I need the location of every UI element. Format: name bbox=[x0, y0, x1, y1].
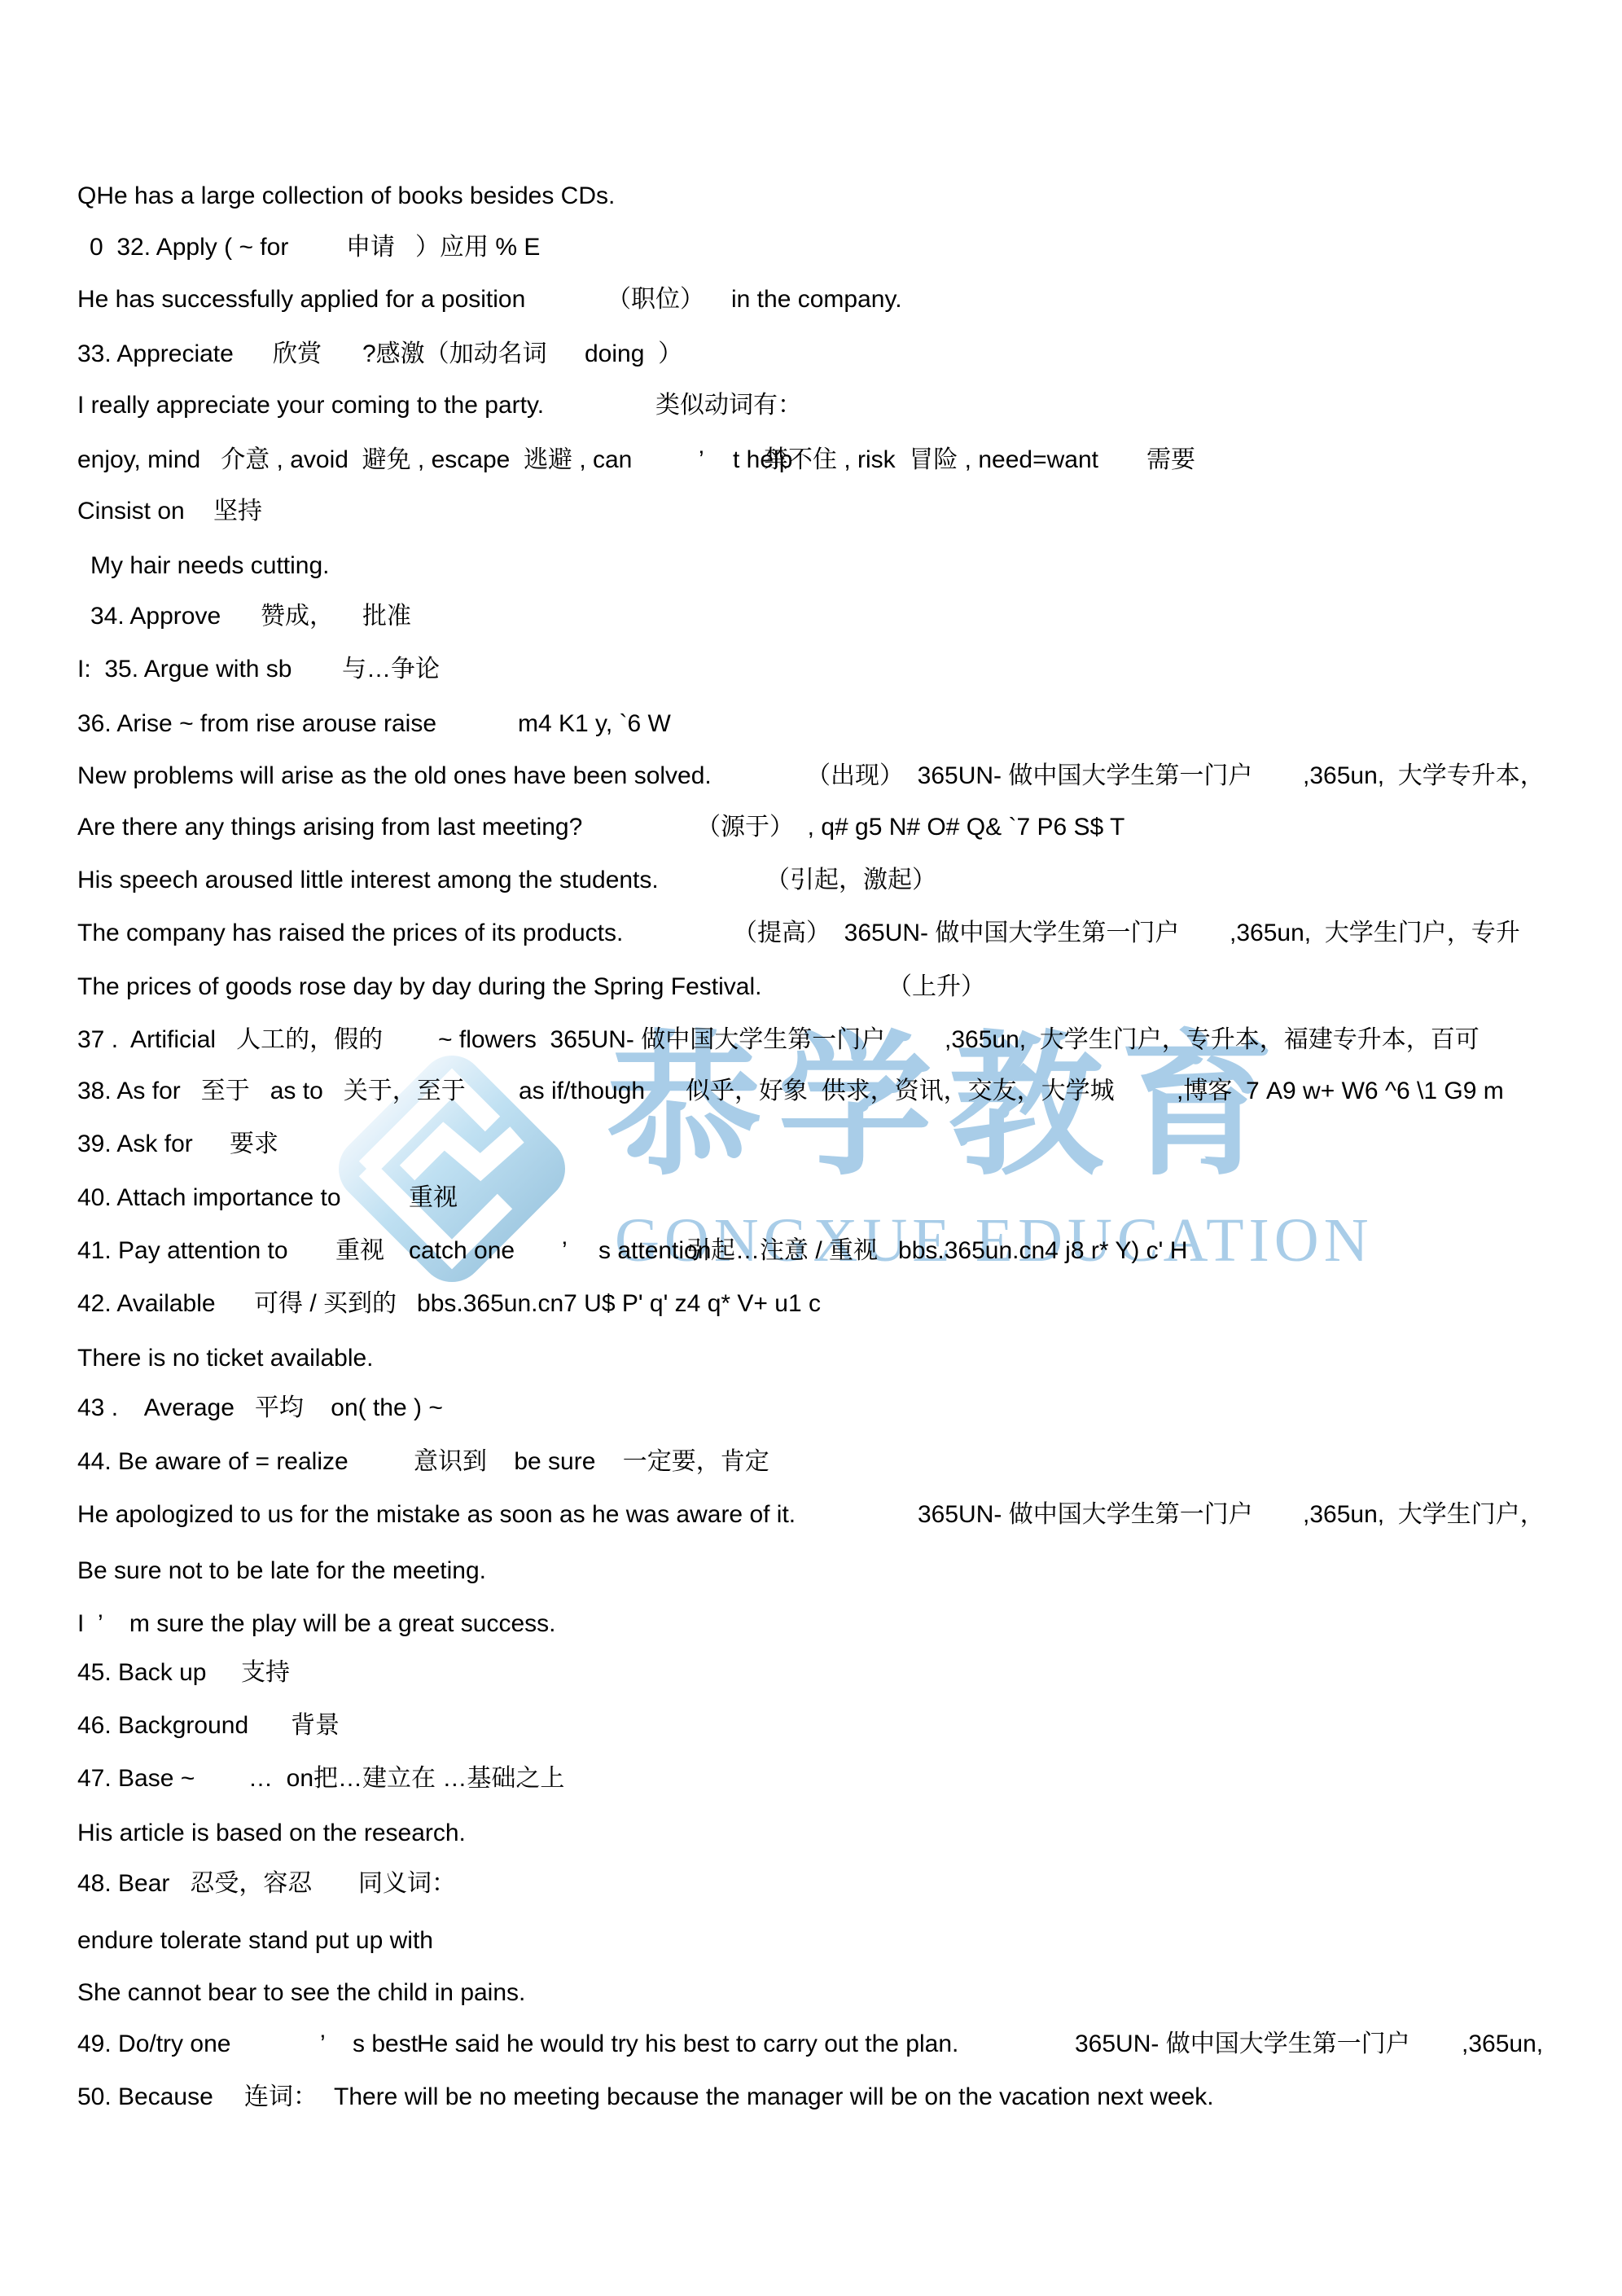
text-segment: 44. Be aware of = realize bbox=[77, 1448, 349, 1476]
text-segment: 365UN- 做中国大学生第一门户 bbox=[918, 1501, 1253, 1529]
text-segment: 365UN- 做中国大学生第一门户 bbox=[1075, 2030, 1410, 2058]
text-segment: （出现） 365UN- 做中国大学生第一门户 bbox=[806, 762, 1252, 790]
text-segment: Are there any things arising from last m… bbox=[77, 814, 582, 841]
text-segment: 禁不住 , risk 冒险 , need=want bbox=[764, 446, 1098, 474]
text-segment: 40. Attach importance to bbox=[77, 1184, 341, 1212]
text-segment: She cannot bear to see the child in pain… bbox=[77, 1979, 525, 2007]
text-segment: I ’ m sure the play will be a great succ… bbox=[77, 1610, 555, 1638]
text-segment: 坚持 bbox=[213, 498, 262, 525]
text-segment: … on把…建立在 …基础之上 bbox=[248, 1765, 564, 1793]
text-segment: （职位） bbox=[607, 286, 704, 314]
text-segment: Cinsist on bbox=[77, 498, 185, 525]
text-segment: 申请 bbox=[346, 234, 395, 261]
text-segment: 需要 bbox=[1146, 446, 1195, 474]
text-segment: He apologized to us for the mistake as s… bbox=[77, 1501, 796, 1529]
text-segment: His speech aroused little interest among… bbox=[77, 867, 659, 894]
text-segment: ,博客 7 A9 w+ W6 ^6 \1 G9 m bbox=[1177, 1078, 1504, 1105]
text-segment: 支持 bbox=[241, 1659, 290, 1687]
text-segment: I really appreciate your coming to the p… bbox=[77, 392, 544, 419]
text-segment: 34. Approve bbox=[90, 603, 221, 630]
text-segment: 37 . Artificial 人工的，假的 bbox=[77, 1026, 383, 1054]
text-segment: ’ bbox=[320, 2030, 326, 2058]
text-segment: ,365un, 大学专升本， bbox=[1303, 762, 1545, 790]
text-segment: 38. As for 至于 as to 关于，至于 bbox=[77, 1078, 466, 1105]
text-segment: The company has raised the prices of its… bbox=[77, 920, 623, 947]
text-segment: 类似动词有： bbox=[655, 392, 802, 419]
text-segment: （提高） 365UN- 做中国大学生第一门户 bbox=[733, 920, 1179, 947]
text-segment: doing ） bbox=[585, 340, 682, 368]
text-segment: s best bbox=[353, 2030, 418, 2058]
text-segment: 要求 bbox=[230, 1130, 278, 1158]
text-segment: ,365un, 大学生门户，专升 bbox=[1230, 920, 1520, 947]
text-segment: QHe has a large collection of books besi… bbox=[77, 182, 615, 210]
document-page: 恭学教育 GONGXUE EDUCATION QHe has a large c… bbox=[0, 0, 1622, 2296]
text-segment: ’ bbox=[699, 446, 704, 474]
text-segment: ?感激（加动名词 bbox=[362, 340, 547, 368]
text-segment: （源于） , q# g5 N# O# Q& `7 P6 S$ T bbox=[696, 814, 1124, 841]
text-segment: He said he would try his best to carry o… bbox=[417, 2030, 958, 2058]
text-segment: m4 K1 y, `6 W bbox=[518, 710, 671, 738]
text-segment: 批准 bbox=[362, 603, 411, 630]
text-segment: 43 . Average 平均 on( the ) ~ bbox=[77, 1394, 443, 1422]
text-segment: ）应用 % E bbox=[415, 234, 540, 261]
text-segment: 47. Base ~ bbox=[77, 1765, 195, 1793]
text-segment: He has successfully applied for a positi… bbox=[77, 286, 525, 314]
text-segment: ,365un, 大学生门户，专升本，福建专升本，百可 bbox=[945, 1026, 1480, 1054]
text-segment: 重视 bbox=[335, 1237, 384, 1265]
text-segment: endure tolerate stand put up with bbox=[77, 1927, 433, 1955]
text-segment: New problems will arise as the old ones … bbox=[77, 762, 712, 790]
text-segment: （上升） bbox=[888, 973, 985, 1001]
text-segment: 连词： bbox=[244, 2083, 318, 2111]
text-segment: 33. Appreciate bbox=[77, 340, 234, 368]
text-segment: The prices of goods rose day by day duri… bbox=[77, 973, 761, 1001]
text-segment: 0 32. Apply ( ~ for bbox=[90, 234, 288, 261]
text-segment: 42. Available bbox=[77, 1290, 216, 1318]
text-segment: 引起…注意 / 重视 bbs.365un.cn4 j8 r* Y) c' H bbox=[686, 1237, 1187, 1265]
text-segment: as if/though bbox=[519, 1078, 645, 1105]
text-segment: 可得 / 买到的 bbs.365un.cn7 U$ P' q' z4 q* V+… bbox=[254, 1290, 821, 1318]
text-segment: 意识到 be sure 一定要，肯定 bbox=[414, 1448, 769, 1476]
text-segment: 48. Bear 忍受，容忍 bbox=[77, 1870, 312, 1898]
text-segment: My hair needs cutting. bbox=[90, 552, 329, 580]
text-segment: 背景 bbox=[291, 1712, 340, 1740]
text-segment: ~ flowers 365UN- 做中国大学生第一门户 bbox=[438, 1026, 885, 1054]
text-segment: ,365un, bbox=[1462, 2030, 1543, 2058]
text-segment: 41. Pay attention to bbox=[77, 1237, 288, 1265]
text-segment: enjoy, mind 介意 , avoid 避免 , escape 逃避 , … bbox=[77, 446, 632, 474]
text-segment: 36. Arise ~ from rise arouse raise bbox=[77, 710, 436, 738]
text-segment: 46. Background bbox=[77, 1712, 248, 1740]
text-segment: His article is based on the research. bbox=[77, 1820, 466, 1847]
text-segment: ’ bbox=[562, 1237, 568, 1265]
text-segment: 欣赏 bbox=[273, 340, 322, 368]
text-segment: 49. Do/try one bbox=[77, 2030, 230, 2058]
text-segment: ,365un, 大学生门户， bbox=[1303, 1501, 1545, 1529]
text-segment: 39. Ask for bbox=[77, 1130, 193, 1158]
text-segment: （引起，激起） bbox=[765, 867, 936, 894]
text-segment: I: 35. Argue with sb bbox=[77, 656, 292, 683]
text-segment: 重视 bbox=[409, 1184, 458, 1212]
text-segment: There will be no meeting because the man… bbox=[334, 2083, 1214, 2111]
text-segment: 50. Because bbox=[77, 2083, 213, 2111]
text-segment: catch one bbox=[409, 1237, 515, 1265]
text-segment: in the company. bbox=[731, 286, 902, 314]
text-segment: Be sure not to be late for the meeting. bbox=[77, 1557, 486, 1585]
text-segment: 与…争论 bbox=[342, 656, 440, 683]
text-segment: 似乎，好象 供求，资讯，交友，大学城 bbox=[686, 1078, 1115, 1105]
text-segment: 赞成， bbox=[261, 603, 334, 630]
text-segment: There is no ticket available. bbox=[77, 1345, 374, 1372]
text-segment: 45. Back up bbox=[77, 1659, 206, 1687]
text-segment: 同义词： bbox=[358, 1870, 456, 1898]
